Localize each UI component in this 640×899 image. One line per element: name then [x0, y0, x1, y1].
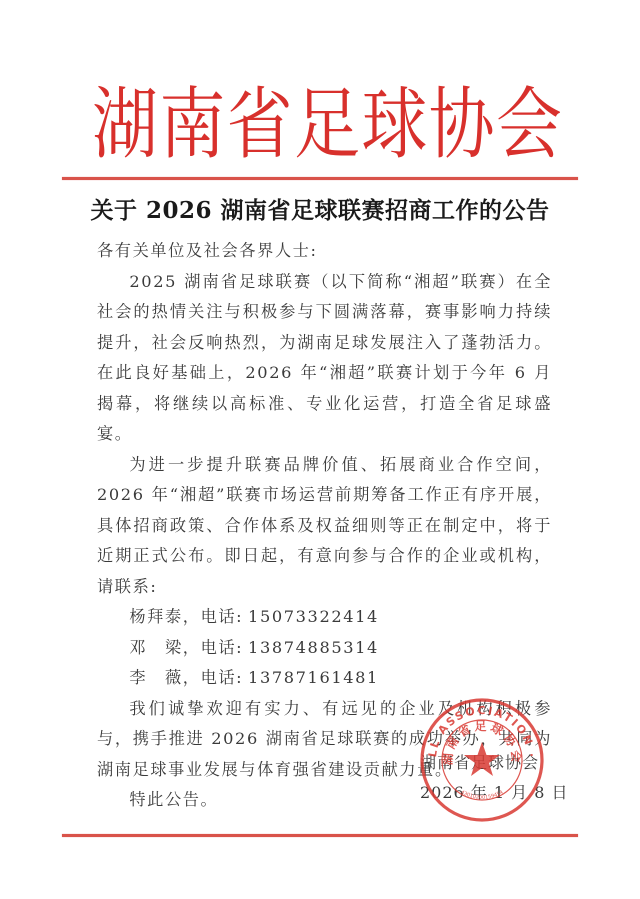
contact-sep: ，: [183, 607, 201, 626]
salutation: 各有关单位及社会各界人士:: [97, 236, 552, 267]
contact-phone-label: 电话:: [201, 607, 244, 626]
masthead-char: 球: [361, 86, 427, 164]
contact-row: 杨拜泰，电话: 15073322414: [97, 602, 552, 633]
paragraph-2: 为进一步提升联赛品牌价值、拓展商业合作空间，2026 年“湘超”联赛市场运营前期…: [97, 450, 552, 603]
masthead-char: 会: [496, 86, 562, 164]
masthead-char: 湖: [92, 86, 158, 164]
contact-phone: 15073322414: [248, 607, 379, 626]
contact-phone: 13787161481: [248, 668, 379, 687]
contact-row: 李 薇，电话: 13787161481: [97, 663, 552, 694]
official-seal-icon: FOOTBALL ASSOCIATION · HUNAN 湖南省足球协会 430…: [418, 696, 546, 824]
contact-name: 邓 梁: [129, 638, 182, 657]
masthead-title: 湖 南 省 足 球 协 会: [92, 80, 562, 170]
masthead-char: 南: [159, 86, 225, 164]
contact-phone-label: 电话:: [201, 668, 244, 687]
seal-star-icon: [464, 742, 500, 776]
header-divider: [62, 177, 578, 180]
contact-phone: 13874885314: [248, 638, 379, 657]
seal-serial: 43010200159454: [460, 789, 505, 800]
masthead-char: 足: [294, 86, 360, 164]
footer-divider: [62, 834, 578, 837]
contact-phone-label: 电话:: [201, 638, 244, 657]
masthead-char: 协: [429, 86, 495, 164]
contact-row: 邓 梁，电话: 13874885314: [97, 633, 552, 664]
contact-name: 杨拜泰: [129, 607, 182, 626]
document-title: 关于 2026 湖南省足球联赛招商工作的公告: [60, 192, 580, 225]
masthead-char: 省: [227, 86, 293, 164]
contact-sep: ，: [183, 668, 201, 687]
contact-name: 李 薇: [129, 668, 182, 687]
paragraph-1: 2025 湖南省足球联赛（以下简称“湘超”联赛）在全社会的热情关注与积极参与下圆…: [97, 267, 552, 450]
contact-sep: ，: [183, 638, 201, 657]
